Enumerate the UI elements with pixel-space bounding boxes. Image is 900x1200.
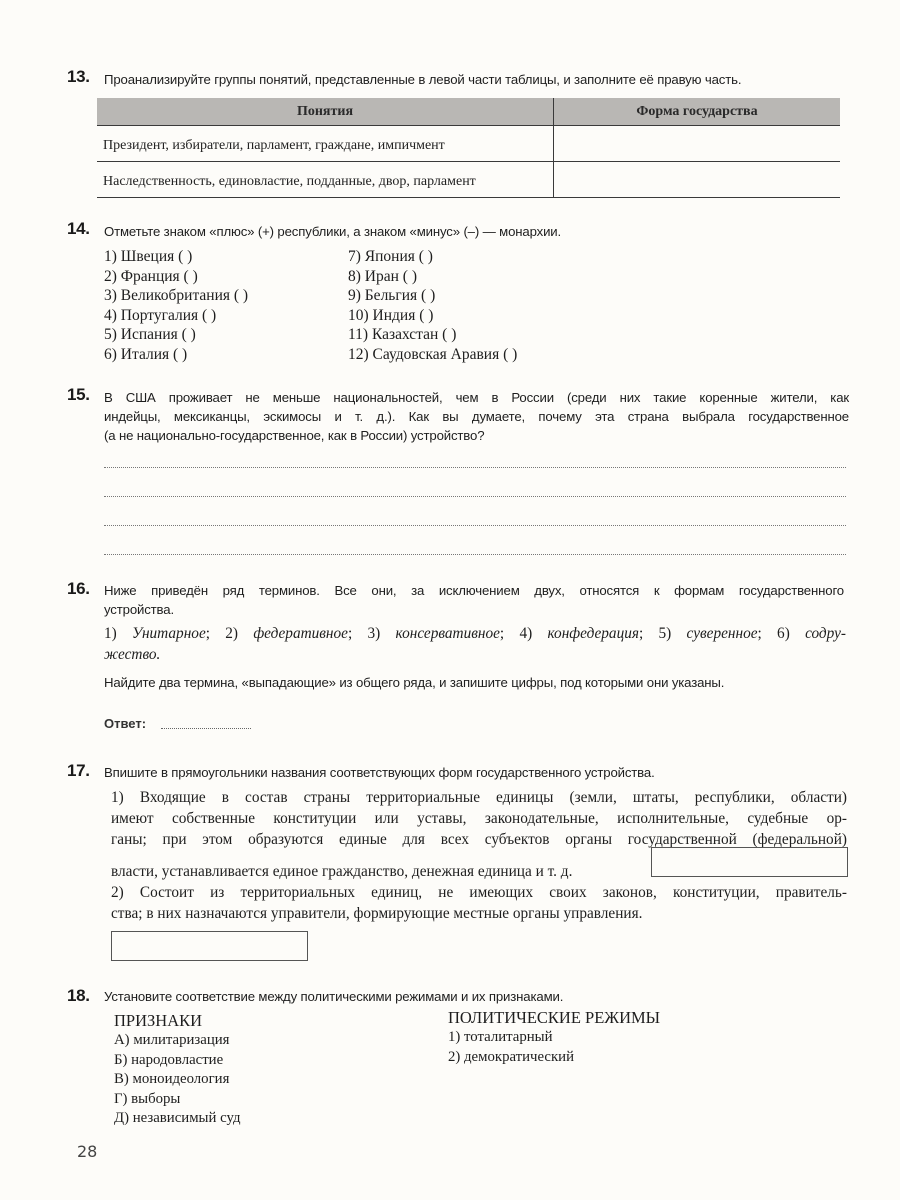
regime-item: 2) демократический: [448, 1048, 574, 1068]
term: Унитарное: [132, 625, 206, 642]
header-state-form: Форма государства: [636, 104, 757, 120]
features-title: ПРИЗНАКИ: [114, 1011, 202, 1031]
concepts-table: Понятия Форма государства Президент, изб…: [97, 98, 840, 198]
country-item[interactable]: 6) Италия ( ): [104, 345, 248, 365]
question-prompt: В США проживает не меньше национальносте…: [104, 388, 849, 445]
country-item[interactable]: 3) Великобритания ( ): [104, 286, 248, 306]
answer-line[interactable]: [104, 467, 846, 468]
page-number: 28: [77, 1142, 97, 1161]
features-list: А) милитаризация Б) народовластие В) мон…: [114, 1031, 240, 1129]
answer-line[interactable]: [104, 525, 846, 526]
regimes-list: 1) тоталитарный 2) демократический: [448, 1028, 574, 1067]
country-item[interactable]: 10) Индия ( ): [348, 306, 517, 326]
question-number: 16.: [67, 579, 90, 599]
question-prompt: Установите соответствие между политическ…: [104, 987, 563, 1006]
country-item[interactable]: 5) Испания ( ): [104, 325, 248, 345]
table-row: Президент, избиратели, парламент, гражда…: [97, 126, 840, 162]
feature-item: Д) независимый суд: [114, 1109, 240, 1129]
country-item[interactable]: 2) Франция ( ): [104, 267, 248, 287]
country-item[interactable]: 7) Япония ( ): [348, 247, 517, 267]
state-form-answer-cell[interactable]: [553, 162, 840, 197]
term: конфедерация: [547, 625, 639, 642]
countries-left-column: 1) Швеция ( ) 2) Франция ( ) 3) Великобр…: [104, 247, 248, 365]
concepts-cell: Президент, избиратели, парламент, гражда…: [97, 126, 553, 161]
question-prompt: Впишите в прямоугольники названия соотве…: [104, 763, 655, 782]
regimes-title: ПОЛИТИЧЕСКИЕ РЕЖИМЫ: [448, 1008, 660, 1028]
feature-item: Б) народовластие: [114, 1051, 240, 1071]
answer-box-2[interactable]: [111, 931, 308, 961]
regime-item: 1) тоталитарный: [448, 1028, 574, 1048]
country-item[interactable]: 9) Бельгия ( ): [348, 286, 517, 306]
item-1-text-last: власти, устанавливается единое гражданст…: [111, 861, 572, 882]
concepts-cell: Наследственность, единовластие, подданны…: [97, 162, 553, 197]
state-form-answer-cell[interactable]: [553, 126, 840, 161]
question-number: 13.: [67, 67, 90, 87]
table-header: Понятия Форма государства: [97, 98, 840, 126]
answer-field[interactable]: [161, 728, 251, 729]
country-item[interactable]: 12) Саудовская Аравия ( ): [348, 345, 517, 365]
answer-line[interactable]: [104, 554, 846, 555]
answer-label: Ответ:: [104, 716, 146, 731]
question-number: 18.: [67, 986, 90, 1006]
term: содру-: [805, 625, 846, 642]
term: суверенное: [687, 625, 758, 642]
question-number: 17.: [67, 761, 90, 781]
term: жество.: [104, 646, 160, 663]
header-concepts: Понятия: [297, 104, 353, 120]
feature-item: Г) выборы: [114, 1090, 240, 1110]
item-2-text: 2) Состоит из территориальных единиц, не…: [111, 882, 847, 924]
item-1-text: 1) Входящие в состав страны территориаль…: [111, 787, 847, 850]
question-prompt: Отметьте знаком «плюс» (+) республики, а…: [104, 222, 561, 241]
country-item[interactable]: 1) Швеция ( ): [104, 247, 248, 267]
question-number: 15.: [67, 385, 90, 405]
answer-line[interactable]: [104, 496, 846, 497]
terms-list: 1) Унитарное; 2) федеративное; 3) консер…: [104, 623, 846, 665]
feature-item: А) милитаризация: [114, 1031, 240, 1051]
countries-right-column: 7) Япония ( ) 8) Иран ( ) 9) Бельгия ( )…: [348, 247, 517, 365]
country-item[interactable]: 11) Казахстан ( ): [348, 325, 517, 345]
term: консервативное: [396, 625, 500, 642]
table-row: Наследственность, единовластие, подданны…: [97, 162, 840, 198]
question-prompt: Ниже приведён ряд терминов. Все они, за …: [104, 581, 844, 619]
answer-box-1[interactable]: [651, 847, 848, 877]
feature-item: В) моноидеология: [114, 1070, 240, 1090]
question-number: 14.: [67, 219, 90, 239]
country-item[interactable]: 4) Португалия ( ): [104, 306, 248, 326]
country-item[interactable]: 8) Иран ( ): [348, 267, 517, 287]
term: федеративное: [253, 625, 348, 642]
question-instruction: Найдите два термина, «выпадающие» из общ…: [104, 673, 724, 692]
question-prompt: Проанализируйте группы понятий, представ…: [104, 70, 741, 89]
